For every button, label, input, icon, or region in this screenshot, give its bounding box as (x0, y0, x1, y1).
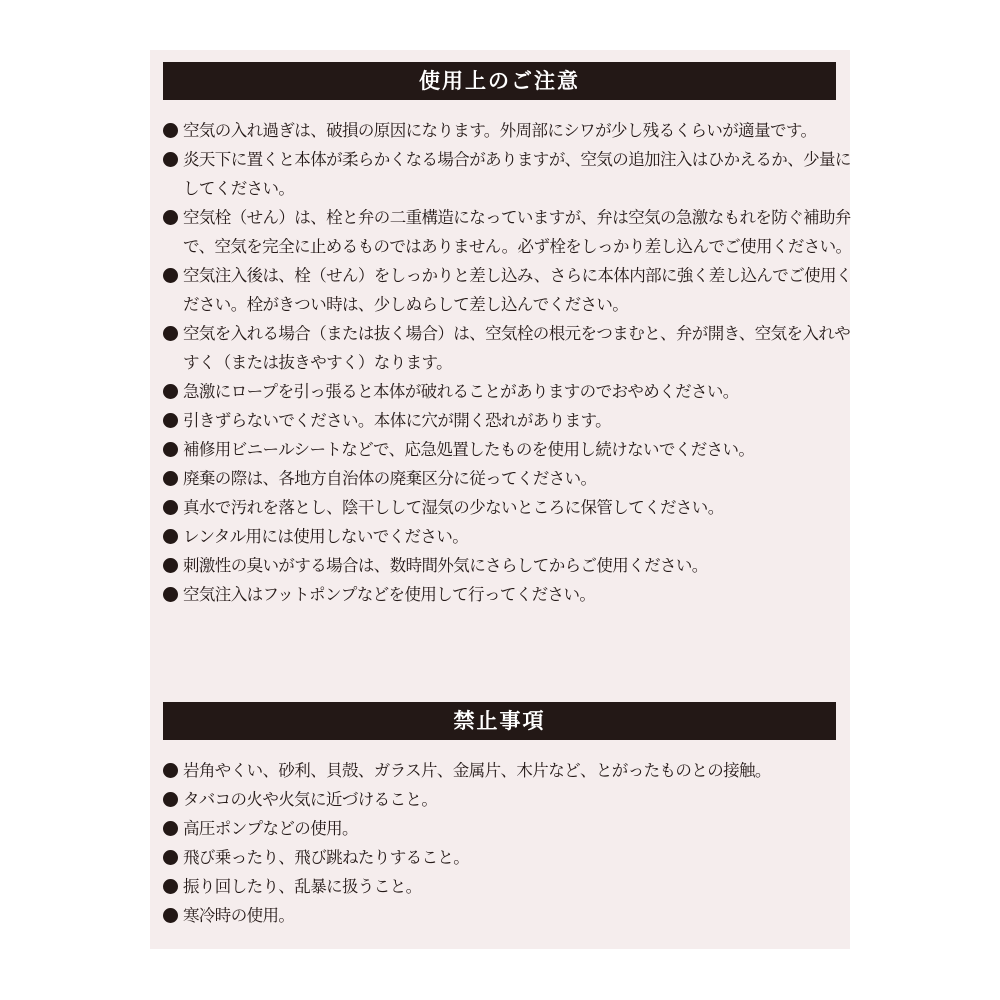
list-item: レンタル用には使用しないでください。 (163, 522, 853, 551)
list-item-text: 岩角やくい、砂利、貝殻、ガラス片、金属片、木片など、とがったものとの接触。 (183, 761, 771, 780)
bullet-icon (163, 558, 178, 573)
list-item-text: 空気栓（せん）は、栓と弁の二重構造になっていますが、弁は空気の急激なもれを防ぐ補… (183, 208, 851, 256)
usage-precautions-list: 空気の入れ過ぎは、破損の原因になります。外周部にシワが少し残るくらいが適量です。… (163, 116, 853, 609)
bullet-icon (163, 413, 178, 428)
list-item-text: 振り回したり、乱暴に扱うこと。 (183, 877, 422, 896)
bullet-icon (163, 152, 178, 167)
bullet-icon (163, 471, 178, 486)
section-header-prohibited-actions: 禁止事項 (163, 702, 836, 740)
bullet-icon (163, 821, 178, 836)
list-item-text: 廃棄の際は、各地方自治体の廃棄区分に従ってください。 (183, 469, 596, 488)
list-item-text: 引きずらないでください。本体に穴が開く恐れがあります。 (183, 411, 611, 430)
list-item-text: 空気の入れ過ぎは、破損の原因になります。外周部にシワが少し残るくらいが適量です。 (183, 121, 816, 140)
bullet-icon (163, 268, 178, 283)
list-item: 飛び乗ったり、飛び跳ねたりすること。 (163, 843, 853, 872)
list-item: 急激にロープを引っ張ると本体が破れることがありますのでおやめください。 (163, 377, 853, 406)
bullet-icon (163, 326, 178, 341)
list-item: 空気注入後は、栓（せん）をしっかりと差し込み、さらに本体内部に強く差し込んでご使… (163, 261, 853, 319)
list-item: 高圧ポンプなどの使用。 (163, 814, 853, 843)
list-item: 廃棄の際は、各地方自治体の廃棄区分に従ってください。 (163, 464, 853, 493)
bullet-icon (163, 210, 178, 225)
bullet-icon (163, 123, 178, 138)
list-item: 空気の入れ過ぎは、破損の原因になります。外周部にシワが少し残るくらいが適量です。 (163, 116, 853, 145)
list-item: タバコの火や火気に近づけること。 (163, 785, 853, 814)
list-item-text: 空気を入れる場合（または抜く場合）は、空気栓の根元をつまむと、弁が開き、空気を入… (183, 324, 850, 372)
list-item-text: 急激にロープを引っ張ると本体が破れることがありますのでおやめください。 (183, 382, 739, 401)
bullet-icon (163, 850, 178, 865)
list-item-text: 空気注入後は、栓（せん）をしっかりと差し込み、さらに本体内部に強く差し込んでご使… (183, 266, 852, 314)
list-item: 振り回したり、乱暴に扱うこと。 (163, 872, 853, 901)
prohibited-actions-list: 岩角やくい、砂利、貝殻、ガラス片、金属片、木片など、とがったものとの接触。 タバ… (163, 756, 853, 930)
list-item: 寒冷時の使用。 (163, 901, 853, 930)
list-item: 空気を入れる場合（または抜く場合）は、空気栓の根元をつまむと、弁が開き、空気を入… (163, 319, 853, 377)
list-item: 刺激性の臭いがする場合は、数時間外気にさらしてからご使用ください。 (163, 551, 853, 580)
list-item-text: 刺激性の臭いがする場合は、数時間外気にさらしてからご使用ください。 (183, 556, 708, 575)
list-item: 真水で汚れを落とし、陰干しして湿気の少ないところに保管してください。 (163, 493, 853, 522)
list-item-text: レンタル用には使用しないでください。 (183, 527, 468, 546)
list-item: 炎天下に置くと本体が柔らかくなる場合がありますが、空気の追加注入はひかえるか、少… (163, 145, 853, 203)
bullet-icon (163, 587, 178, 602)
list-item-text: 空気注入はフットポンプなどを使用して行ってください。 (183, 585, 595, 604)
list-item: 引きずらないでください。本体に穴が開く恐れがあります。 (163, 406, 853, 435)
bullet-icon (163, 500, 178, 515)
bullet-icon (163, 529, 178, 544)
bullet-icon (163, 879, 178, 894)
list-item: 空気栓（せん）は、栓と弁の二重構造になっていますが、弁は空気の急激なもれを防ぐ補… (163, 203, 853, 261)
list-item-text: 真水で汚れを落とし、陰干しして湿気の少ないところに保管してください。 (183, 498, 724, 517)
bullet-icon (163, 792, 178, 807)
list-item-text: 高圧ポンプなどの使用。 (183, 819, 358, 838)
bullet-icon (163, 442, 178, 457)
bullet-icon (163, 763, 178, 778)
list-item-text: 飛び乗ったり、飛び跳ねたりすること。 (183, 848, 469, 867)
list-item: 岩角やくい、砂利、貝殻、ガラス片、金属片、木片など、とがったものとの接触。 (163, 756, 853, 785)
list-item: 補修用ビニールシートなどで、応急処置したものを使用し続けないでください。 (163, 435, 853, 464)
list-item: 空気注入はフットポンプなどを使用して行ってください。 (163, 580, 853, 609)
list-item-text: 炎天下に置くと本体が柔らかくなる場合がありますが、空気の追加注入はひかえるか、少… (183, 150, 851, 198)
instruction-card: 使用上のご注意 空気の入れ過ぎは、破損の原因になります。外周部にシワが少し残るく… (150, 50, 850, 949)
list-item-text: 補修用ビニールシートなどで、応急処置したものを使用し続けないでください。 (183, 440, 754, 459)
bullet-icon (163, 384, 178, 399)
section-header-usage-precautions: 使用上のご注意 (163, 62, 836, 100)
list-item-text: 寒冷時の使用。 (183, 906, 294, 925)
bullet-icon (163, 908, 178, 923)
list-item-text: タバコの火や火気に近づけること。 (183, 790, 437, 809)
